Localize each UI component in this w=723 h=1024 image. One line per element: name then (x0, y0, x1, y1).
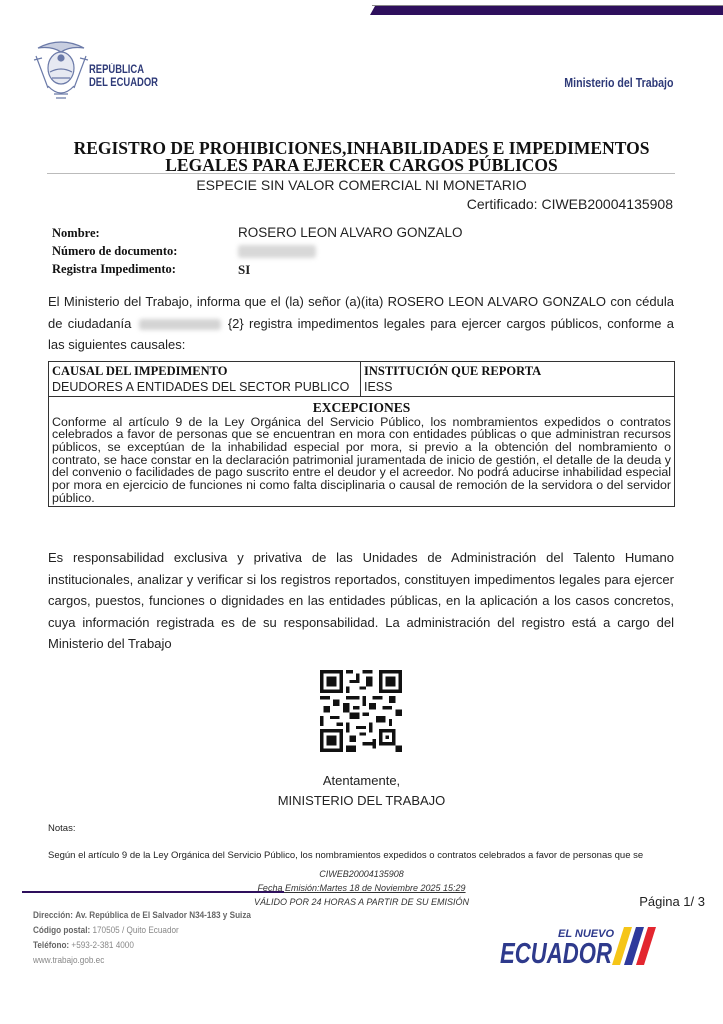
header-accent-bar (370, 6, 723, 15)
name-label: Nombre: (52, 226, 100, 241)
address-value: Av. República de El Salvador N34-183 y S… (75, 910, 251, 921)
institution-cell: INSTITUCIÓN QUE REPORTA IESS (361, 362, 675, 397)
title-divider (47, 173, 675, 174)
postal-value: 170505 / Quito Ecuador (92, 925, 178, 936)
redacted-id-number (139, 319, 221, 330)
impediment-label: Registra Impedimento: (52, 262, 176, 277)
causal-cell: CAUSAL DEL IMPEDIMENTO DEUDORES A ENTIDA… (49, 362, 361, 397)
regards-text: Atentamente, (240, 773, 483, 788)
name-value: ROSERO LEON ALVARO GONZALO (238, 225, 463, 240)
causal-value: DEUDORES A ENTIDADES DEL SECTOR PUBLICO (52, 381, 357, 394)
document-number-value (238, 243, 316, 258)
address: Dirección: Av. República de El Salvador … (33, 910, 251, 921)
phone-label: Teléfono: (33, 940, 69, 951)
responsibility-paragraph: Es responsabilidad exclusiva y privativa… (48, 547, 674, 655)
postal-code: Código postal: 170505 / Quito Ecuador (33, 925, 179, 936)
notes-label: Notas: (48, 823, 75, 834)
footer-certificate-code: CIWEB20004135908 (200, 869, 523, 879)
exceptions-title: EXCEPCIONES (52, 400, 671, 416)
title-line2: LEGALES PARA EJERCER CARGOS PÚBLICOS (40, 157, 683, 174)
impediment-value: SI (238, 262, 250, 278)
document-title: REGISTRO DE PROHIBICIONES,INHABILIDADES … (40, 140, 683, 174)
website-link[interactable]: www.trabajo.gob.ec (33, 955, 104, 966)
exceptions-cell: EXCEPCIONES Conforme al artículo 9 de la… (49, 396, 675, 507)
el-nuevo-ecuador-logo: EL NUEVO ECUADOR (500, 919, 670, 971)
impediments-table: CAUSAL DEL IMPEDIMENTO DEUDORES A ENTIDA… (48, 361, 675, 507)
logo-line2: DEL ECUADOR (89, 77, 158, 90)
footer-validity: VÁLIDO POR 24 HORAS A PARTIR DE SU EMISI… (200, 897, 523, 907)
redacted-document-number (238, 245, 316, 258)
postal-label: Código postal: (33, 925, 90, 936)
svg-text:ECUADOR: ECUADOR (500, 938, 612, 970)
phone-value: +593-2-381 4000 (71, 940, 133, 951)
ministry-name: Ministerio del Trabajo (564, 76, 673, 90)
logo-text: REPÚBLICA DEL ECUADOR (89, 64, 158, 90)
notes-text: Según el artículo 9 de la Ley Orgánica d… (48, 850, 643, 861)
footer-accent-line (22, 891, 284, 893)
institution-value: IESS (364, 381, 671, 394)
document-number-label: Número de documento: (52, 244, 177, 259)
causal-header: CAUSAL DEL IMPEDIMENTO (52, 364, 357, 379)
qr-code (320, 670, 402, 752)
certificate-number: Certificado: CIWEB20004135908 (467, 196, 673, 212)
header-accent-line (372, 5, 723, 6)
coat-of-arms-icon (30, 38, 92, 104)
document-subtitle: ESPECIE SIN VALOR COMERCIAL NI MONETARIO (40, 177, 683, 193)
exceptions-text: Conforme al artículo 9 de la Ley Orgánic… (52, 416, 671, 505)
phone: Teléfono: +593-2-381 4000 (33, 940, 134, 951)
institution-header: INSTITUCIÓN QUE REPORTA (364, 364, 671, 379)
signer-name: MINISTERIO DEL TRABAJO (240, 793, 483, 808)
address-label: Dirección: (33, 910, 73, 921)
page-number: Página 1/ 3 (639, 894, 705, 909)
logo-line1: REPÚBLICA (89, 64, 158, 77)
intro-paragraph: El Ministerio del Trabajo, informa que e… (48, 291, 674, 356)
